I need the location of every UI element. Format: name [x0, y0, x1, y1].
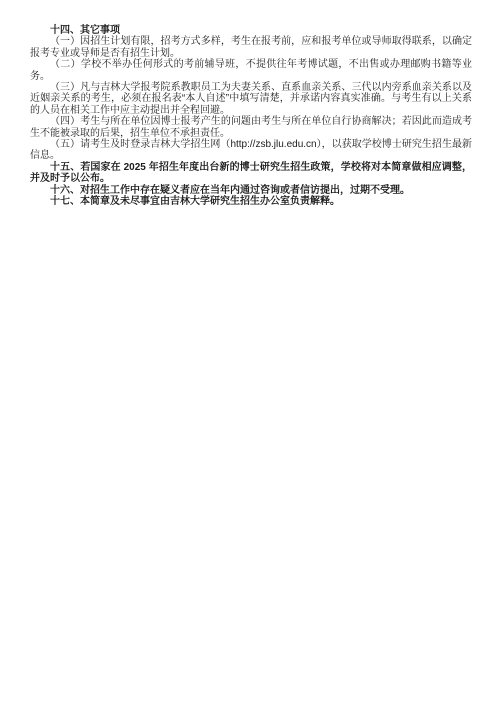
section-14-item-4: （四）考生与所在单位因博士报考产生的问题由考生与所在单位自行协商解决；若因此而造…	[30, 116, 472, 139]
section-15-paragraph: 十五、若国家在 2025 年招生年度出台新的博士研究生招生政策，学校将对本简章做…	[30, 162, 472, 185]
section-14-heading: 十四、其它事项	[30, 25, 472, 36]
document-text-block: 十四、其它事项 （一）因招生计划有限，招考方式多样，考生在报考前，应和报考单位或…	[30, 25, 472, 208]
section-14-item-1: （一）因招生计划有限，招考方式多样，考生在报考前，应和报考单位或导师取得联系，以…	[30, 36, 472, 59]
document-page: 十四、其它事项 （一）因招生计划有限，招考方式多样，考生在报考前，应和报考单位或…	[0, 0, 500, 707]
section-14-item-5: （五）请考生及时登录吉林大学招生网（http://zsb.jlu.edu.cn）…	[30, 139, 472, 162]
section-14-item-2: （二）学校不举办任何形式的考前辅导班，不提供往年考博试题，不出售或办理邮购书籍等…	[30, 59, 472, 82]
section-16-paragraph: 十六、对招生工作中存在疑义者应在当年内通过咨询或者信访提出，过期不受理。	[30, 185, 472, 196]
section-14-item-3: （三）凡与吉林大学报考院系教职员工为夫妻关系、直系血亲关系、三代以内旁系血亲关系…	[30, 82, 472, 116]
section-17-paragraph: 十七、本简章及未尽事宜由吉林大学研究生招生办公室负责解释。	[30, 196, 472, 207]
